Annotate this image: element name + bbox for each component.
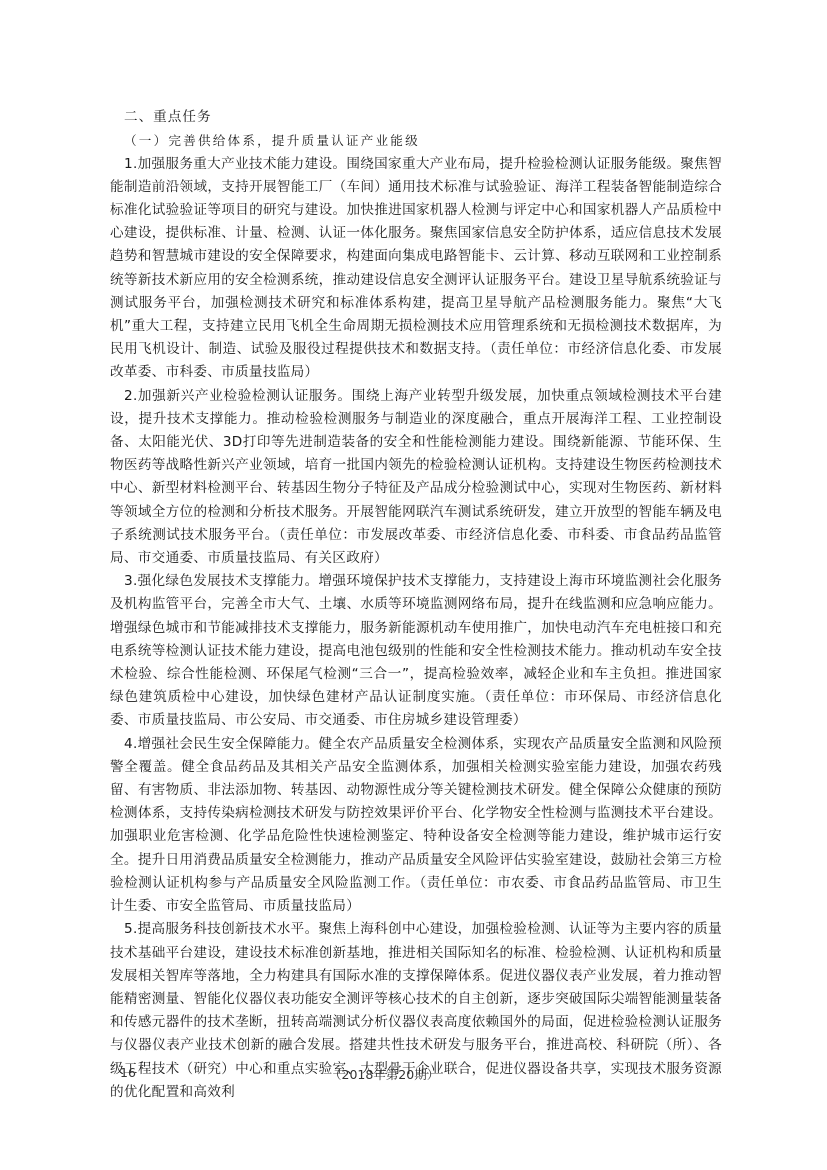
paragraph-1: 1.加强服务重大产业技术能力建设。围绕国家重大产业布局，提升检验检测认证服务能级…	[110, 153, 722, 385]
paragraph-3: 3.强化绿色发展技术支撑能力。增强环境保护技术支撑能力，支持建设上海市环境监测社…	[110, 570, 722, 732]
subsection-heading: （一）完善供给体系，提升质量认证产业能级	[110, 129, 722, 152]
paragraph-4: 4.增强社会民生安全保障能力。健全农产品质量安全检测体系，实现农产品质量安全监测…	[110, 733, 722, 919]
page-number: 16	[120, 1065, 136, 1080]
document-body: 二、重点任务 （一）完善供给体系，提升质量认证产业能级 1.加强服务重大产业技术…	[110, 106, 722, 1104]
paragraph-2: 2.加强新兴产业检验检测认证服务。围绕上海产业转型升级发展，加快重点领域检测技术…	[110, 385, 722, 571]
issue-label: （2018年第20期）	[329, 1065, 439, 1083]
page-footer: 16 （2018年第20期）	[0, 1065, 827, 1085]
section-heading: 二、重点任务	[110, 106, 722, 129]
